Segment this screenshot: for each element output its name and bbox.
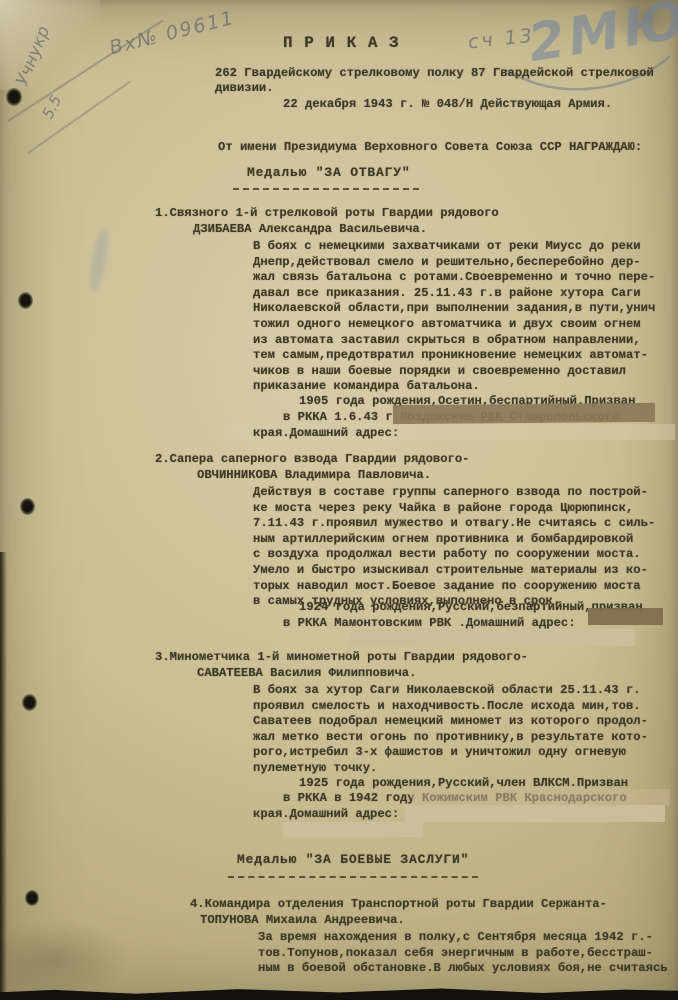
punch-hole bbox=[20, 498, 35, 515]
section-4-number-line: 4.Командира отделения Транспортной роты … bbox=[190, 897, 607, 913]
redaction-bar bbox=[393, 403, 655, 424]
punch-hole bbox=[18, 292, 33, 309]
section-2-name-line: ОВЧИННИКОВА Владимира Павловича. bbox=[197, 468, 431, 484]
pencil-stroke bbox=[27, 80, 131, 153]
section-2-citation: Действуя в составе группы саперного взво… bbox=[253, 485, 669, 610]
redaction-overlay bbox=[405, 805, 665, 822]
redaction-overlay bbox=[412, 789, 670, 805]
blue-smudge bbox=[87, 227, 112, 292]
pencil-corner-note: Учнукр bbox=[12, 23, 54, 89]
section-3-name-line: САВАТЕЕВА Василия Филипповича. bbox=[197, 666, 416, 682]
punch-hole bbox=[25, 890, 39, 906]
section-1-number-line: 1.Связного 1-й стрелковой роты Гвардии р… bbox=[155, 206, 499, 222]
redaction-overlay bbox=[283, 822, 423, 837]
section-4-name-line: ТОПУНОВА Михаила Андреевича. bbox=[200, 913, 405, 929]
punch-hole bbox=[22, 694, 37, 711]
section-1-bio-line-3: края.Домашний адрес: bbox=[253, 426, 399, 442]
section-1-name-line: ДЗИБАЕВА Александра Васильевича. bbox=[193, 222, 427, 238]
redaction-overlay bbox=[350, 629, 635, 646]
date-number-line: 22 декабря 1943 г. № 048/Н Действующая А… bbox=[283, 97, 612, 113]
medal-heading-za-otvagu: Медалью "ЗА ОТВАГУ" bbox=[247, 165, 410, 181]
pencil-incoming-number: Вх№ 09611 bbox=[107, 7, 237, 59]
addressee-line-2: дивизии. bbox=[215, 81, 274, 97]
scan-edge-left bbox=[0, 552, 7, 1000]
section-3-bio-line-3: края.Домашний адрес: bbox=[253, 807, 399, 823]
scanned-order-document: Учнукр 5.5 Вх№ 09611 сч 13 2МЮ П Р И К А… bbox=[0, 0, 678, 1000]
order-title: П Р И К А З bbox=[283, 36, 400, 52]
blue-pencil-scribble: 2МЮ bbox=[524, 0, 678, 74]
section-1-citation: В боях с немецкими захватчиками от реки … bbox=[253, 239, 669, 395]
pencil-corner-note-2: 5.5 bbox=[39, 92, 66, 121]
redaction-bar bbox=[588, 608, 663, 625]
addressee-line-1: 262 Гвардейскому стрелковому полку 87 Гв… bbox=[215, 66, 654, 82]
punch-hole bbox=[6, 88, 22, 106]
section-2-number-line: 2.Сапера саперного взвода Гвардии рядово… bbox=[155, 452, 470, 468]
wrinkle-shadow bbox=[0, 920, 130, 1000]
scan-edge-bottom bbox=[0, 986, 678, 1000]
preamble-line: От имени Президиума Верховного Совета Со… bbox=[218, 140, 642, 156]
section-3-citation: В боях за хутор Саги Николаевской област… bbox=[253, 683, 669, 777]
medal-heading-underline bbox=[233, 186, 419, 190]
medal-heading-za-boevye-zaslugi: Медалью "ЗА БОЕВЫЕ ЗАСЛУГИ" bbox=[237, 852, 469, 868]
section-4-citation: За время нахождения в полку,с Сентября м… bbox=[258, 930, 676, 977]
section-3-number-line: 3.Минометчика 1-й минометной роты Гварди… bbox=[155, 650, 528, 666]
medal-heading-underline bbox=[228, 874, 478, 878]
